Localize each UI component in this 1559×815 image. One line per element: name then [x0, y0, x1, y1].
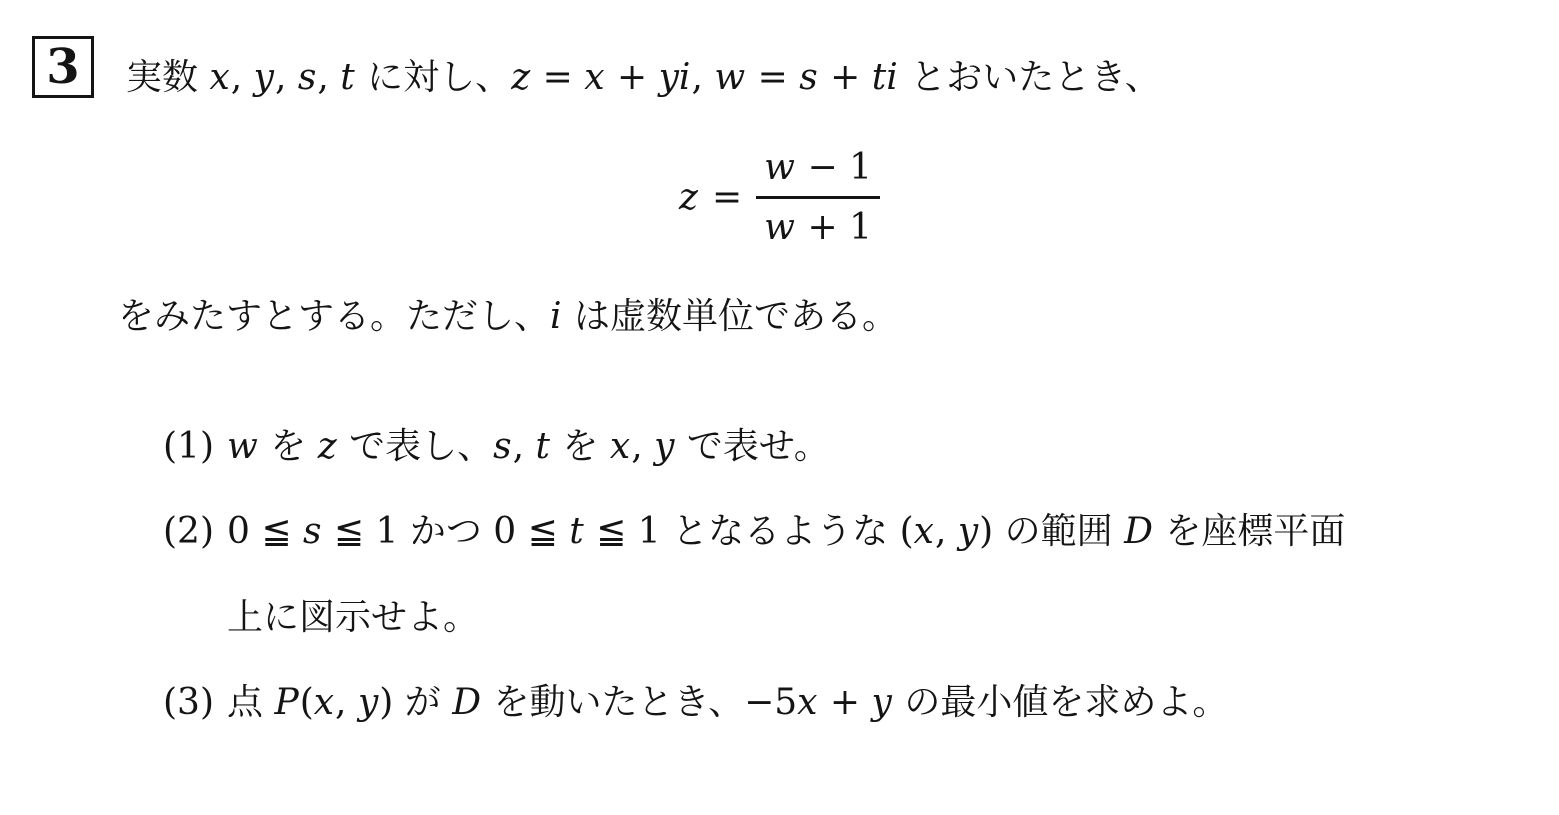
part-2: (2) 0 ≦ s ≦ 1 かつ 0 ≦ t ≦ 1 となるような (x, y)… — [163, 509, 1345, 554]
text-segment: = — [746, 57, 799, 98]
part-2-continuation: 上に図示せよ。 — [227, 595, 479, 640]
text-segment: , — [691, 57, 714, 98]
part-3-text: 点 P(x, y) が D を動いたとき、−5x + y の最小値を求めよ。 — [227, 680, 1228, 725]
fraction-numerator: w − 1 — [756, 146, 880, 199]
math-segment: t — [340, 57, 355, 98]
text-segment: ) の範囲 — [979, 511, 1124, 552]
text-segment: 1 — [849, 147, 872, 188]
text-segment: とおいたとき、 — [899, 57, 1161, 98]
math-segment: x — [209, 57, 230, 98]
text-segment: 1 — [849, 207, 872, 248]
text-segment: , — [935, 511, 958, 552]
math-segment: t — [569, 511, 584, 552]
part-2-label: (2) — [163, 509, 214, 554]
text-segment: − — [796, 147, 849, 188]
text-segment: ) が — [379, 682, 452, 723]
text-segment: は虚数単位である。 — [563, 296, 898, 337]
math-segment: x — [584, 57, 605, 98]
text-segment: , — [275, 57, 298, 98]
fraction: w − 1 w + 1 — [756, 146, 880, 249]
math-segment: w — [227, 426, 259, 467]
display-equation: z = w − 1 w + 1 — [0, 146, 1559, 249]
math-segment: y — [358, 682, 379, 723]
text-segment: + — [796, 207, 849, 248]
math-segment: x — [610, 426, 631, 467]
text-segment: を — [259, 426, 318, 467]
text-segment: , — [513, 426, 536, 467]
text-segment: を座標平面 — [1154, 511, 1345, 552]
part-2-text-line-1: 0 ≦ s ≦ 1 かつ 0 ≦ t ≦ 1 となるような (x, y) の範囲… — [227, 509, 1345, 554]
math-segment: w — [764, 147, 796, 188]
text-segment: 実数 — [126, 57, 209, 98]
math-segment: D — [1124, 511, 1154, 552]
text-segment: ≦ 1 となるような ( — [585, 511, 914, 552]
math-segment: x — [314, 682, 335, 723]
text-segment: = — [531, 57, 584, 98]
condition-line: をみたすとする。ただし、i は虚数単位である。 — [118, 294, 898, 339]
math-segment: i — [550, 296, 563, 337]
math-segment: yi — [659, 57, 692, 98]
math-segment: s — [493, 426, 512, 467]
part-2-text-line-2: 上に図示せよ。 — [227, 595, 479, 640]
equation-lhs: z — [679, 176, 698, 219]
math-segment: t — [536, 426, 551, 467]
text-segment: の最小値を求めよ。 — [893, 682, 1228, 723]
text-segment: + — [818, 682, 871, 723]
text-segment: , — [335, 682, 358, 723]
problem-sheet: 3 実数 x, y, s, t に対し、z = x + yi, w = s + … — [0, 0, 1559, 815]
text-segment: , — [317, 57, 340, 98]
text-segment: に対し、 — [356, 57, 511, 98]
text-segment: を — [551, 426, 610, 467]
text-segment: ( — [300, 682, 314, 723]
math-segment: w — [764, 207, 796, 248]
equation-equals-sign: = — [712, 176, 742, 219]
text-segment: + — [819, 57, 872, 98]
math-segment: ti — [872, 57, 899, 98]
part-1: (1) w を z で表し、s, t を x, y で表せ。 — [163, 424, 830, 469]
math-segment: y — [654, 426, 675, 467]
math-segment: y — [958, 511, 979, 552]
text-segment: を動いたとき、−5 — [482, 682, 797, 723]
math-segment: y — [872, 682, 893, 723]
part-3: (3) 点 P(x, y) が D を動いたとき、−5x + y の最小値を求め… — [163, 680, 1228, 725]
math-segment: D — [452, 682, 482, 723]
math-segment: s — [303, 511, 322, 552]
text-segment: ≦ 1 かつ 0 ≦ — [322, 511, 569, 552]
problem-number-box: 3 — [32, 36, 94, 98]
math-segment: x — [797, 682, 818, 723]
text-segment: で表し、 — [338, 426, 493, 467]
math-segment: P — [274, 682, 299, 723]
text-segment: 点 — [227, 682, 274, 723]
text-segment: + — [606, 57, 659, 98]
part-1-label: (1) — [163, 424, 214, 469]
text-segment: 上に図示せよ。 — [227, 597, 479, 638]
math-segment: s — [298, 57, 317, 98]
math-segment: w — [714, 57, 746, 98]
text-segment: , — [631, 426, 654, 467]
text-segment: をみたすとする。ただし、 — [118, 296, 550, 337]
text-segment: 0 ≦ — [227, 511, 303, 552]
part-3-label: (3) — [163, 680, 214, 725]
math-segment: z — [511, 57, 531, 98]
text-segment: , — [231, 57, 254, 98]
math-segment: s — [799, 57, 818, 98]
math-segment: y — [254, 57, 275, 98]
fraction-denominator: w + 1 — [756, 199, 880, 249]
problem-number: 3 — [46, 43, 79, 91]
math-segment: z — [318, 426, 338, 467]
part-1-text: w を z で表し、s, t を x, y で表せ。 — [227, 424, 830, 469]
text-segment: で表せ。 — [675, 426, 829, 467]
math-segment: x — [914, 511, 935, 552]
intro-line: 実数 x, y, s, t に対し、z = x + yi, w = s + ti… — [126, 55, 1161, 100]
